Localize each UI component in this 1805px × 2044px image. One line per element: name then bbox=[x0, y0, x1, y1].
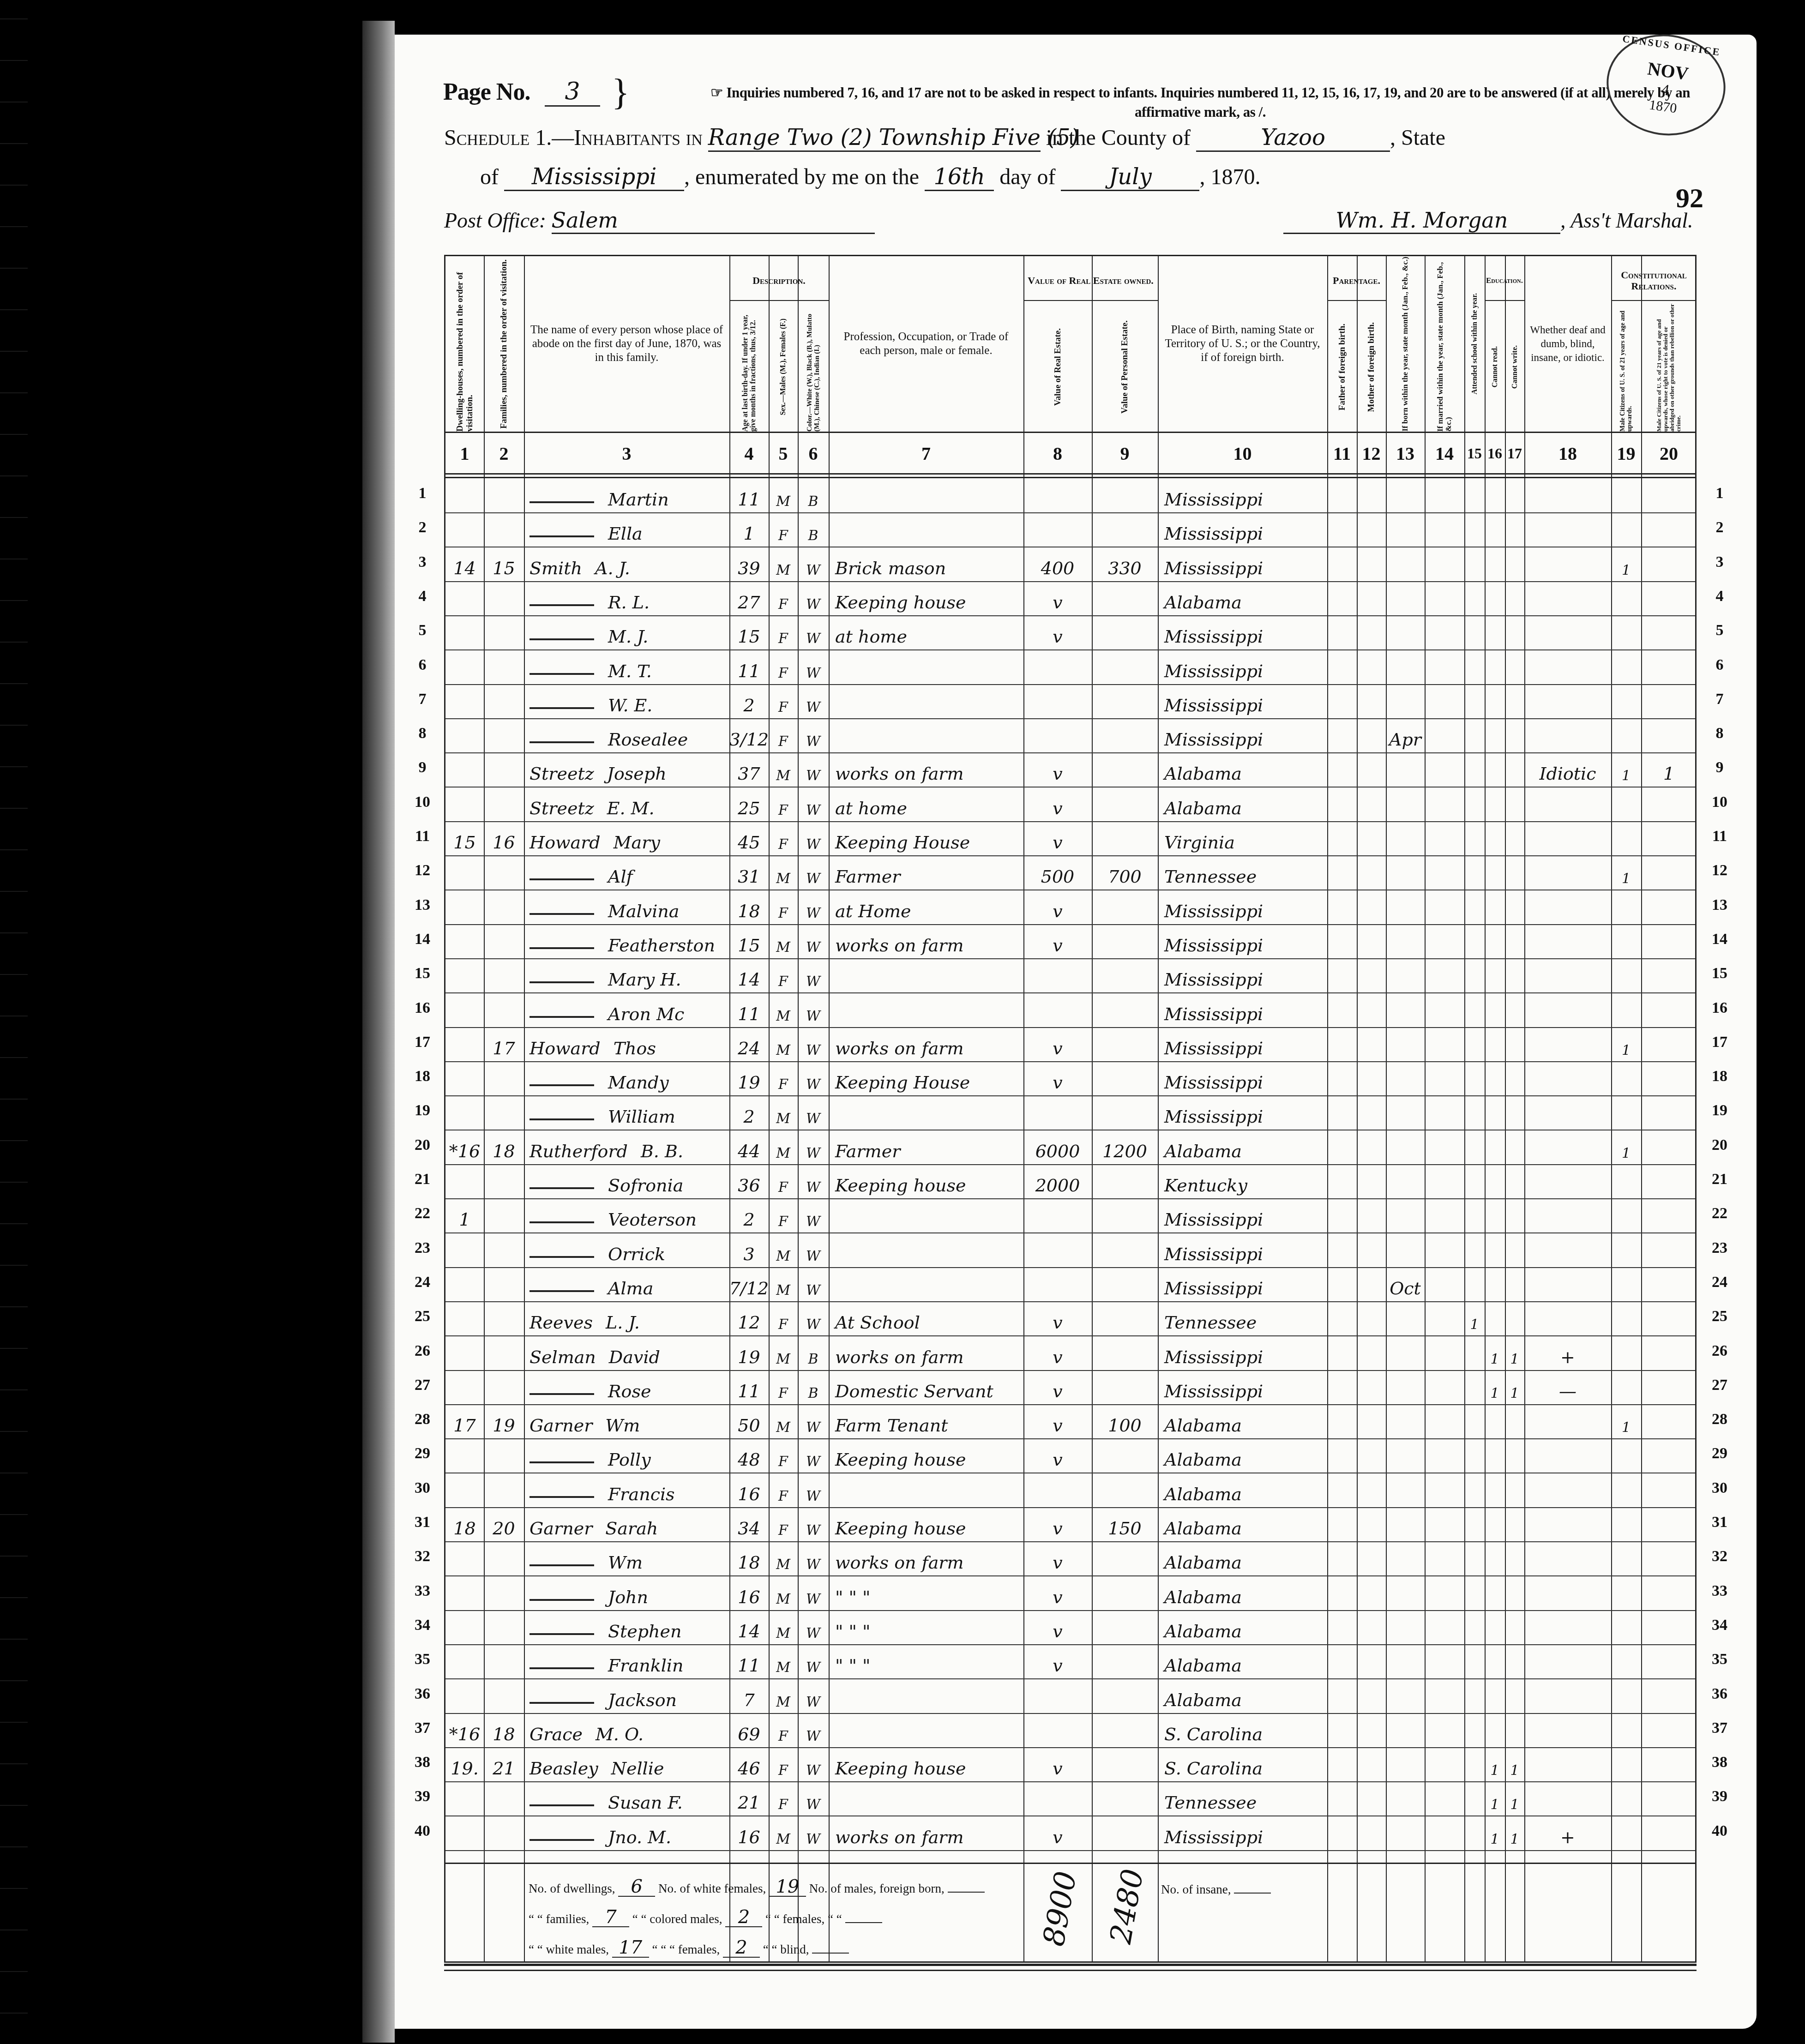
cell-c20 bbox=[1641, 1816, 1697, 1850]
header-vote-denied: Male Citizens of U. S. of 21 years of ag… bbox=[1641, 302, 1697, 432]
cell-family bbox=[484, 1095, 524, 1130]
given-name: Susan F. bbox=[608, 1792, 683, 1813]
left-line-number: 37 bbox=[409, 1719, 436, 1737]
cell-c16 bbox=[1485, 1061, 1505, 1095]
cell-c15 bbox=[1464, 478, 1485, 512]
cell-c14 bbox=[1425, 924, 1464, 958]
cell-birthplace: S. Carolina bbox=[1158, 1713, 1327, 1747]
right-line-number: 19 bbox=[1706, 1102, 1733, 1119]
cell-occupation: " " " bbox=[829, 1610, 1023, 1644]
white-males-count: 17 bbox=[612, 1938, 649, 1958]
given-name: Aron Mc bbox=[608, 1004, 684, 1024]
cell-c16 bbox=[1485, 821, 1505, 855]
cell-c14 bbox=[1425, 1747, 1464, 1781]
cell-c11 bbox=[1327, 1816, 1357, 1850]
cell-c14 bbox=[1425, 1370, 1464, 1404]
right-line-number: 29 bbox=[1706, 1445, 1733, 1462]
given-name: Wm bbox=[605, 1415, 640, 1436]
cell-age: 34 bbox=[729, 1507, 769, 1541]
cell-c12 bbox=[1357, 1541, 1386, 1575]
cell-color: W bbox=[798, 684, 829, 718]
cell-c11 bbox=[1327, 1781, 1357, 1816]
ditto-dash bbox=[529, 638, 594, 640]
cell-sex: F bbox=[769, 1370, 798, 1404]
cell-personal bbox=[1092, 1781, 1158, 1816]
cell-color: W bbox=[798, 1678, 829, 1713]
cell-real: v bbox=[1023, 821, 1092, 855]
cell-c15 bbox=[1464, 1473, 1485, 1507]
cell-c13 bbox=[1386, 1507, 1425, 1541]
cell-c18 bbox=[1524, 1644, 1611, 1678]
person-name: Featherston bbox=[524, 924, 729, 958]
person-name: GarnerWm bbox=[524, 1404, 729, 1438]
cell-sex: M bbox=[769, 547, 798, 581]
cell-personal bbox=[1092, 1095, 1158, 1130]
table-row: M. J.15FWat homevMississippi bbox=[445, 615, 1695, 650]
cell-c16 bbox=[1485, 684, 1505, 718]
cell-occupation: Keeping house bbox=[829, 1164, 1023, 1198]
cell-c18 bbox=[1524, 649, 1611, 684]
given-name: Joseph bbox=[607, 763, 667, 784]
person-name: GarnerSarah bbox=[524, 1507, 729, 1541]
cell-c19 bbox=[1611, 1267, 1641, 1301]
cell-c17 bbox=[1505, 1301, 1524, 1335]
table-row: *1618RutherfordB. B.44MWFarmer60001200Al… bbox=[445, 1130, 1695, 1165]
right-line-number: 17 bbox=[1706, 1034, 1733, 1051]
ditto-dash bbox=[529, 1016, 594, 1018]
total-personal-estate: 2480 bbox=[1104, 1866, 1150, 1946]
left-line-number: 10 bbox=[409, 794, 436, 811]
cell-c19 bbox=[1611, 1781, 1641, 1816]
cell-family bbox=[484, 1335, 524, 1370]
cell-c16 bbox=[1485, 992, 1505, 1027]
cell-dwelling bbox=[445, 1541, 484, 1575]
cell-dwelling bbox=[445, 1644, 484, 1678]
cell-family: 19 bbox=[484, 1404, 524, 1438]
cell-sex: F bbox=[769, 1473, 798, 1507]
cell-real bbox=[1023, 1232, 1092, 1267]
column-number: 6 bbox=[798, 434, 829, 473]
person-name: Alf bbox=[524, 855, 729, 890]
county-field: Yazoo bbox=[1196, 125, 1390, 152]
cell-c12 bbox=[1357, 1061, 1386, 1095]
cell-sex: F bbox=[769, 1301, 798, 1335]
cell-c13 bbox=[1386, 1473, 1425, 1507]
table-row: Mandy19FWKeeping HousevMississippi bbox=[445, 1061, 1695, 1096]
cell-c12 bbox=[1357, 1404, 1386, 1438]
surname: Streetz bbox=[529, 798, 594, 818]
ditto-dash bbox=[529, 1496, 594, 1498]
cell-occupation: Keeping house bbox=[829, 1438, 1023, 1473]
cell-personal bbox=[1092, 684, 1158, 718]
cell-sex: F bbox=[769, 581, 798, 615]
cell-c19 bbox=[1611, 821, 1641, 855]
cell-sex: M bbox=[769, 1232, 798, 1267]
census-table: Description. Value of Real Estate owned.… bbox=[444, 255, 1697, 1963]
cell-c12 bbox=[1357, 1781, 1386, 1816]
column-number: 9 bbox=[1092, 434, 1158, 473]
cell-dwelling bbox=[445, 581, 484, 615]
cell-color: W bbox=[798, 1747, 829, 1781]
surname: Grace bbox=[529, 1724, 583, 1744]
cell-age: 3 bbox=[729, 1232, 769, 1267]
ditto-dash bbox=[529, 501, 594, 503]
left-line-number: 23 bbox=[409, 1239, 436, 1257]
cell-c12 bbox=[1357, 1713, 1386, 1747]
schedule-line: Schedule 1.—Inhabitants in Range Two (2)… bbox=[444, 125, 1445, 152]
right-line-number: 28 bbox=[1706, 1411, 1733, 1428]
cell-age: 1 bbox=[729, 512, 769, 547]
surname: Selman bbox=[529, 1347, 596, 1367]
cell-color: W bbox=[798, 1713, 829, 1747]
cell-c14 bbox=[1425, 1781, 1464, 1816]
cell-c20: 1 bbox=[1641, 752, 1697, 787]
cell-sex: F bbox=[769, 787, 798, 821]
given-name: A. J. bbox=[595, 558, 630, 578]
column-number: 7 bbox=[829, 434, 1023, 473]
cell-c20 bbox=[1641, 924, 1697, 958]
column-number: 1 bbox=[445, 434, 484, 473]
ditto-dash bbox=[529, 1633, 594, 1635]
cell-c19 bbox=[1611, 1198, 1641, 1232]
cell-real bbox=[1023, 478, 1092, 512]
left-line-number: 5 bbox=[409, 622, 436, 639]
cell-c11 bbox=[1327, 1095, 1357, 1130]
cell-real bbox=[1023, 1198, 1092, 1232]
cell-dwelling bbox=[445, 1335, 484, 1370]
cell-birthplace: Tennessee bbox=[1158, 855, 1327, 890]
cell-c17 bbox=[1505, 1095, 1524, 1130]
left-line-number: 11 bbox=[409, 828, 436, 845]
cell-c13 bbox=[1386, 1027, 1425, 1061]
cell-c11 bbox=[1327, 478, 1357, 512]
cell-c18: + bbox=[1524, 1335, 1611, 1370]
page-number-label: Page No. bbox=[443, 78, 530, 106]
ditto-dash bbox=[529, 1461, 594, 1463]
table-row: Malvina18FWat HomevMississippi bbox=[445, 890, 1695, 925]
cell-c19 bbox=[1611, 924, 1641, 958]
cell-c18 bbox=[1524, 992, 1611, 1027]
cell-age: 3/12 bbox=[729, 718, 769, 752]
surname: Streetz bbox=[529, 763, 594, 784]
header-occupation: Profession, Occupation, or Trade of each… bbox=[829, 256, 1023, 432]
cell-c17 bbox=[1505, 1541, 1524, 1575]
cell-age: 69 bbox=[729, 1713, 769, 1747]
cell-c11 bbox=[1327, 1404, 1357, 1438]
cell-c16 bbox=[1485, 1678, 1505, 1713]
column-number: 3 bbox=[524, 434, 729, 473]
cell-occupation: works on farm bbox=[829, 1541, 1023, 1575]
cell-personal bbox=[1092, 1541, 1158, 1575]
given-name: Sofronia bbox=[608, 1175, 683, 1196]
cell-age: 46 bbox=[729, 1747, 769, 1781]
person-name: M. J. bbox=[524, 615, 729, 649]
cell-personal: 150 bbox=[1092, 1507, 1158, 1541]
cell-family bbox=[484, 1198, 524, 1232]
cell-personal bbox=[1092, 581, 1158, 615]
cell-c15 bbox=[1464, 1198, 1485, 1232]
cell-occupation bbox=[829, 1781, 1023, 1816]
table-row: StreetzE. M.25FWat homevAlabama bbox=[445, 787, 1695, 822]
cell-family: 20 bbox=[484, 1507, 524, 1541]
cell-c12 bbox=[1357, 1095, 1386, 1130]
cell-c13 bbox=[1386, 581, 1425, 615]
cell-sex: F bbox=[769, 890, 798, 924]
cell-real: v bbox=[1023, 1816, 1092, 1850]
cell-dwelling bbox=[445, 1232, 484, 1267]
cell-c14 bbox=[1425, 1438, 1464, 1473]
header-father-foreign: Father of foreign birth. bbox=[1327, 302, 1357, 432]
table-row: SelmanDavid19MBworks on farmvMississippi… bbox=[445, 1335, 1695, 1371]
cell-age: 11 bbox=[729, 1644, 769, 1678]
cell-c16 bbox=[1485, 1027, 1505, 1061]
cell-c16 bbox=[1485, 958, 1505, 992]
person-name: HowardThos bbox=[524, 1027, 729, 1061]
ditto-dash bbox=[529, 981, 594, 983]
cell-c14 bbox=[1425, 1095, 1464, 1130]
cell-c18 bbox=[1524, 1130, 1611, 1164]
left-line-number: 30 bbox=[409, 1479, 436, 1497]
cell-c15 bbox=[1464, 615, 1485, 649]
cell-c17 bbox=[1505, 684, 1524, 718]
cell-personal bbox=[1092, 1713, 1158, 1747]
cell-occupation: Domestic Servant bbox=[829, 1370, 1023, 1404]
cell-personal bbox=[1092, 1301, 1158, 1335]
cell-family: 17 bbox=[484, 1027, 524, 1061]
header-cannot-write: Cannot write. bbox=[1505, 302, 1524, 432]
cell-family bbox=[484, 615, 524, 649]
cell-age: 16 bbox=[729, 1473, 769, 1507]
cell-dwelling bbox=[445, 478, 484, 512]
cell-occupation: At School bbox=[829, 1301, 1023, 1335]
left-line-number: 29 bbox=[409, 1445, 436, 1462]
left-line-number: 6 bbox=[409, 656, 436, 674]
post-office-line: Post Office: Salem bbox=[444, 208, 875, 234]
cell-real: v bbox=[1023, 890, 1092, 924]
cell-c14 bbox=[1425, 958, 1464, 992]
cell-personal bbox=[1092, 1816, 1158, 1850]
cell-c19 bbox=[1611, 615, 1641, 649]
left-line-number: 32 bbox=[409, 1548, 436, 1565]
right-line-number: 30 bbox=[1706, 1479, 1733, 1497]
ditto-dash bbox=[529, 913, 594, 915]
cell-dwelling bbox=[445, 855, 484, 890]
person-name: Malvina bbox=[524, 890, 729, 924]
person-name: William bbox=[524, 1095, 729, 1130]
cell-color: B bbox=[798, 1370, 829, 1404]
cell-c17: 1 bbox=[1505, 1747, 1524, 1781]
cell-real: 6000 bbox=[1023, 1130, 1092, 1164]
person-name: SelmanDavid bbox=[524, 1335, 729, 1370]
cell-occupation bbox=[829, 992, 1023, 1027]
cell-c12 bbox=[1357, 855, 1386, 890]
given-name: Mary bbox=[614, 832, 660, 853]
cell-real: v bbox=[1023, 1370, 1092, 1404]
colored-males-count: 2 bbox=[725, 1908, 762, 1927]
cell-c17 bbox=[1505, 1644, 1524, 1678]
cell-c18 bbox=[1524, 718, 1611, 752]
cell-family bbox=[484, 787, 524, 821]
given-name: Thos bbox=[614, 1038, 656, 1058]
cell-c19 bbox=[1611, 890, 1641, 924]
cell-c17 bbox=[1505, 1507, 1524, 1541]
group-education: Education. bbox=[1485, 261, 1524, 300]
right-line-number: 21 bbox=[1706, 1171, 1733, 1188]
given-name: Jno. M. bbox=[608, 1827, 671, 1847]
group-description: Description. bbox=[729, 261, 829, 300]
surname: Howard bbox=[529, 1038, 601, 1058]
table-row: Alma7/12MWMississippiOct bbox=[445, 1267, 1695, 1302]
table-row: Francis16FWAlabama bbox=[445, 1473, 1695, 1508]
column-number: 17 bbox=[1505, 434, 1524, 473]
cell-c18 bbox=[1524, 958, 1611, 992]
cell-c18 bbox=[1524, 1507, 1611, 1541]
cell-c12 bbox=[1357, 649, 1386, 684]
table-bottom-rule bbox=[444, 1964, 1697, 1971]
cell-c16 bbox=[1485, 1644, 1505, 1678]
cell-c15 bbox=[1464, 1027, 1485, 1061]
cell-c16 bbox=[1485, 1507, 1505, 1541]
cell-c12 bbox=[1357, 1027, 1386, 1061]
cell-c18: — bbox=[1524, 1370, 1611, 1404]
surname: Garner bbox=[529, 1415, 592, 1436]
table-row: Ella1FBMississippi bbox=[445, 512, 1695, 547]
cell-c15 bbox=[1464, 1095, 1485, 1130]
table-row: Rose11FBDomestic ServantvMississippi11— bbox=[445, 1370, 1695, 1405]
left-line-number: 14 bbox=[409, 931, 436, 948]
cell-color: W bbox=[798, 958, 829, 992]
cell-c15 bbox=[1464, 1781, 1485, 1816]
ditto-dash bbox=[529, 1393, 594, 1395]
cell-age: 16 bbox=[729, 1575, 769, 1610]
cell-c14 bbox=[1425, 1198, 1464, 1232]
cell-real: v bbox=[1023, 1335, 1092, 1370]
cell-family bbox=[484, 684, 524, 718]
cell-c17 bbox=[1505, 1164, 1524, 1198]
ditto-dash bbox=[529, 707, 594, 709]
cell-c15 bbox=[1464, 512, 1485, 547]
cell-birthplace: Mississippi bbox=[1158, 992, 1327, 1027]
cell-dwelling bbox=[445, 615, 484, 649]
cell-personal bbox=[1092, 890, 1158, 924]
column-number: 5 bbox=[769, 434, 798, 473]
cell-color: B bbox=[798, 478, 829, 512]
cell-c18 bbox=[1524, 615, 1611, 649]
cell-birthplace: Mississippi bbox=[1158, 547, 1327, 581]
cell-dwelling: 17 bbox=[445, 1404, 484, 1438]
cell-c11 bbox=[1327, 890, 1357, 924]
cell-occupation: Farm Tenant bbox=[829, 1404, 1023, 1438]
table-row: John16MW" " "vAlabama bbox=[445, 1575, 1695, 1611]
column-number: 11 bbox=[1327, 434, 1357, 473]
left-line-number: 19 bbox=[409, 1102, 436, 1119]
cell-birthplace: Mississippi bbox=[1158, 615, 1327, 649]
table-row: 1516HowardMary45FWKeeping HousevVirginia bbox=[445, 821, 1695, 856]
stamp-day: 4 bbox=[1660, 81, 1670, 99]
cell-c12 bbox=[1357, 890, 1386, 924]
cell-c20 bbox=[1641, 1713, 1697, 1747]
cell-c20 bbox=[1641, 992, 1697, 1027]
day-of-label: day of bbox=[999, 165, 1055, 189]
person-name: Sofronia bbox=[524, 1164, 729, 1198]
cell-family bbox=[484, 1473, 524, 1507]
cell-c16 bbox=[1485, 1095, 1505, 1130]
table-row: W. E.2FWMississippi bbox=[445, 684, 1695, 719]
cell-c17: 1 bbox=[1505, 1335, 1524, 1370]
cell-c13 bbox=[1386, 1164, 1425, 1198]
cell-sex: F bbox=[769, 1438, 798, 1473]
cell-age: 7 bbox=[729, 1678, 769, 1713]
cell-occupation bbox=[829, 684, 1023, 718]
given-name: Franklin bbox=[608, 1655, 683, 1676]
cell-birthplace: S. Carolina bbox=[1158, 1747, 1327, 1781]
person-name: Mandy bbox=[524, 1061, 729, 1095]
cell-c17 bbox=[1505, 1473, 1524, 1507]
cell-c11 bbox=[1327, 581, 1357, 615]
cell-c13 bbox=[1386, 1404, 1425, 1438]
cell-birthplace: Mississippi bbox=[1158, 958, 1327, 992]
of-label: of bbox=[480, 165, 499, 189]
cell-c14 bbox=[1425, 1301, 1464, 1335]
cell-c14 bbox=[1425, 1610, 1464, 1644]
cell-birthplace: Alabama bbox=[1158, 787, 1327, 821]
cell-dwelling: 14 bbox=[445, 547, 484, 581]
cell-family bbox=[484, 1232, 524, 1267]
header-deaf-blind: Whether deaf and dumb, blind, insane, or… bbox=[1524, 256, 1611, 432]
person-name: Martin bbox=[524, 478, 729, 512]
cell-c19 bbox=[1611, 478, 1641, 512]
cell-dwelling bbox=[445, 1816, 484, 1850]
cell-color: W bbox=[798, 752, 829, 787]
cell-c18 bbox=[1524, 1232, 1611, 1267]
cell-occupation bbox=[829, 718, 1023, 752]
cell-c15 bbox=[1464, 581, 1485, 615]
surname: Garner bbox=[529, 1518, 592, 1539]
cell-color: W bbox=[798, 1781, 829, 1816]
cell-c20 bbox=[1641, 615, 1697, 649]
column-number: 14 bbox=[1425, 434, 1464, 473]
right-line-number: 6 bbox=[1706, 656, 1733, 674]
table-row: 1820GarnerSarah34FWKeeping housev150Alab… bbox=[445, 1507, 1695, 1542]
cell-c17 bbox=[1505, 1232, 1524, 1267]
page-number-value: 3 bbox=[545, 78, 600, 107]
cell-c15 bbox=[1464, 958, 1485, 992]
cell-c16 bbox=[1485, 1232, 1505, 1267]
left-line-number: 13 bbox=[409, 896, 436, 914]
cell-real bbox=[1023, 1713, 1092, 1747]
cell-personal bbox=[1092, 1061, 1158, 1095]
cell-c16 bbox=[1485, 1164, 1505, 1198]
person-name: W. E. bbox=[524, 684, 729, 718]
left-line-number: 22 bbox=[409, 1205, 436, 1222]
marshal-label: , Ass't Marshal. bbox=[1560, 209, 1693, 232]
header-personal-estate: Value of Personal Estate. bbox=[1092, 302, 1158, 432]
cell-color: W bbox=[798, 1232, 829, 1267]
cell-c15 bbox=[1464, 1747, 1485, 1781]
cell-birthplace: Alabama bbox=[1158, 1541, 1327, 1575]
pointing-hand-icon: ☞ bbox=[710, 84, 727, 101]
person-name: StreetzE. M. bbox=[524, 787, 729, 821]
cell-sex: M bbox=[769, 1610, 798, 1644]
cell-birthplace: Mississippi bbox=[1158, 1267, 1327, 1301]
cell-c17 bbox=[1505, 581, 1524, 615]
header-attended-school: Attended school within the year. bbox=[1464, 256, 1485, 432]
cell-c15 bbox=[1464, 1678, 1485, 1713]
cell-c12 bbox=[1357, 512, 1386, 547]
person-name: Orrick bbox=[524, 1232, 729, 1267]
cell-birthplace: Alabama bbox=[1158, 1644, 1327, 1678]
cell-family bbox=[484, 855, 524, 890]
